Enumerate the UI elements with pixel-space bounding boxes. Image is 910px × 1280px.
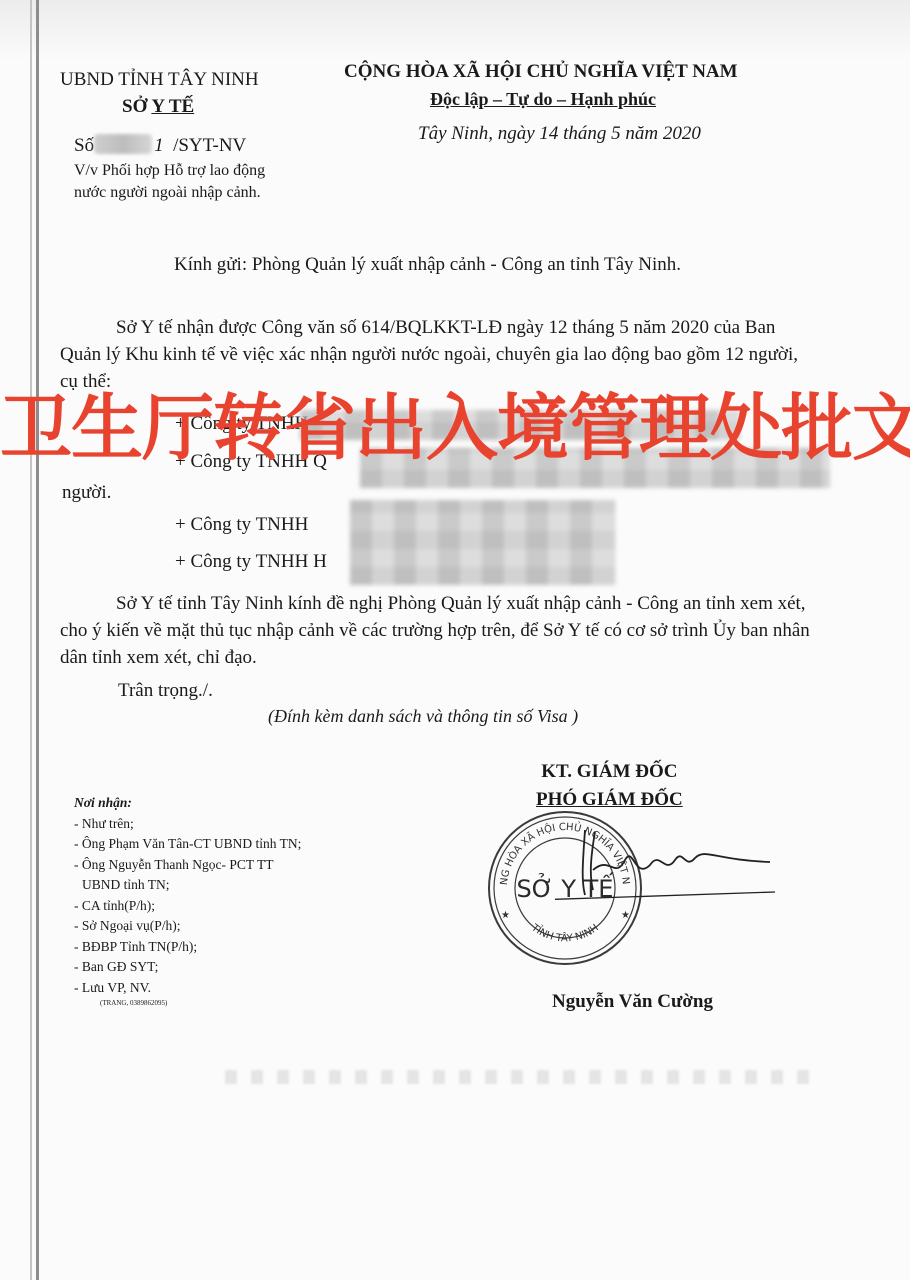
handwritten-signature-icon [555,820,775,910]
company-item: + Công ty TNHH H [175,551,327,573]
svg-text:TỈNH TÂY NINH: TỈNH TÂY NINH [528,922,600,945]
recipient-line: Kính gửi: Phòng Quản lý xuất nhập cảnh -… [174,254,681,276]
attachment-note: (Đính kèm danh sách và thông tin số Visa… [268,706,578,727]
signer-name: Nguyễn Văn Cường [552,991,713,1013]
document-subject: V/v Phối hợp Hỗ trợ lao động nước người … [74,160,265,204]
binder-edge-line [30,0,32,1280]
company-item: + Công ty TNHH [175,514,308,536]
svg-text:★: ★ [501,910,510,921]
nation-title: CỘNG HÒA XÃ HỘI CHỦ NGHĨA VIỆT NAM [344,61,738,83]
redaction-mosaic [350,500,615,585]
document-number: Số1 /SYT-NV [74,134,246,157]
closing-line: Trân trọng./. [118,680,213,702]
svg-text:★: ★ [621,910,630,921]
scan-shadow [0,0,910,60]
bleed-through-text [225,1070,815,1084]
binder-edge-line [36,0,39,1280]
receivers-list: Nơi nhận: - Như trên; - Ông Phạm Văn Tân… [74,793,301,1008]
redacted-number [94,134,152,154]
wrapped-text: người. [62,482,111,504]
authority-name: UBND TỈNH TÂY NINH [60,69,259,91]
signature-title: KT. GIÁM ĐỐC PHÓ GIÁM ĐỐC [536,758,683,814]
body-paragraph-1: Sở Y tế nhận được Công văn số 614/BQLKKT… [60,314,820,395]
overlay-caption: 卫生厅转省出入境管理处批文 [0,388,910,468]
department-name: SỞ Y TẾ [122,96,194,118]
place-date: Tây Ninh, ngày 14 tháng 5 năm 2020 [418,123,701,145]
body-paragraph-2: Sở Y tế tỉnh Tây Ninh kính đề nghị Phòng… [60,590,820,671]
national-motto: Độc lập – Tự do – Hạnh phúc [430,89,656,110]
